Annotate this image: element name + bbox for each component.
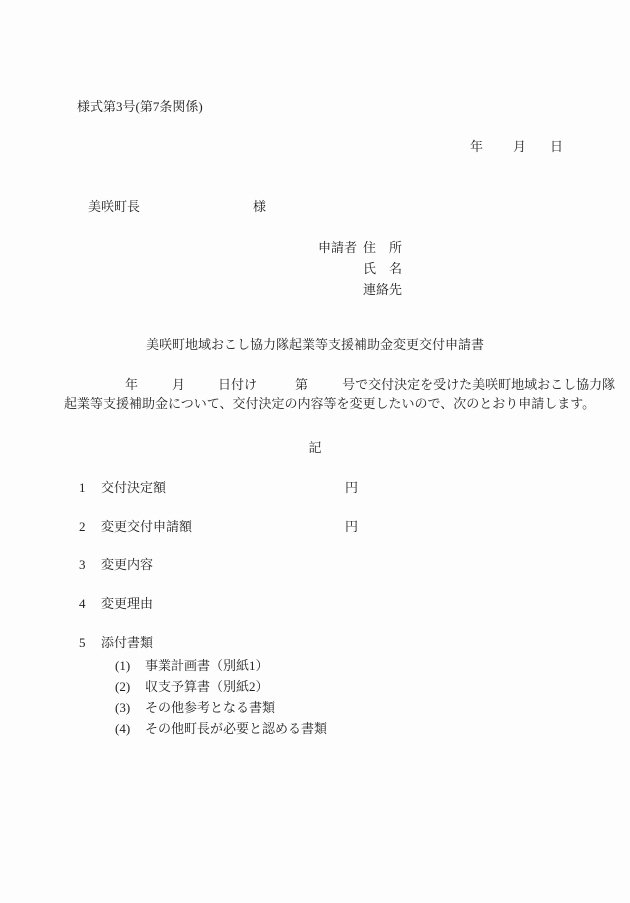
applicant-address-row: 申請者住 所	[318, 237, 402, 258]
item-row-changed-application-amount: 2変更交付申請額円	[79, 516, 192, 535]
date-day-label: 日	[550, 139, 563, 154]
attachment-number: (1)	[115, 658, 145, 674]
record-heading: 記	[0, 437, 630, 456]
attachment-row-mayor-required-documents: (4)その他町長が必要と認める書類	[115, 718, 327, 737]
attachment-row-budget: (2)収支予算書（別紙2）	[115, 676, 269, 695]
item-number: 4	[79, 596, 101, 612]
attachment-label: その他参考となる書類	[145, 700, 275, 715]
applicant-name-label: 氏 名	[363, 261, 402, 276]
attachment-row-business-plan: (1)事業計画書（別紙1）	[115, 655, 269, 674]
item-row-change-details: 3変更内容	[79, 554, 153, 573]
attachment-label: 事業計画書（別紙1）	[145, 658, 269, 673]
attachment-label: その他町長が必要と認める書類	[145, 721, 327, 736]
addressee-line: 美咲町長様	[88, 196, 266, 215]
yen-unit-label: 円	[345, 516, 358, 535]
attachment-row-reference-documents: (3)その他参考となる書類	[115, 697, 275, 716]
body-date-suffix: 日付け	[218, 377, 257, 392]
date-month-label: 月	[513, 139, 526, 154]
attachment-number: (3)	[115, 700, 145, 716]
document-page: 様式第3号(第7条関係) 年月日 美咲町長様 申請者住 所 氏 名 連絡先 美咲…	[0, 0, 630, 903]
body-paragraph-line1: 年月日付け第号で交付決定を受けた美咲町地域おこし協力隊	[125, 374, 615, 393]
item-label: 変更内容	[101, 557, 153, 572]
attachment-number: (2)	[115, 679, 145, 695]
item-row-change-reason: 4変更理由	[79, 593, 153, 612]
addressee-honorific: 様	[253, 199, 266, 214]
item-row-attached-documents: 5添付書類	[79, 632, 153, 651]
applicant-block: 申請者住 所 氏 名 連絡先	[318, 237, 402, 300]
applicant-contact-row: 連絡先	[318, 279, 402, 300]
body-year-blank: 年	[125, 377, 138, 392]
applicant-name-row: 氏 名	[318, 258, 402, 279]
body-month-blank: 月	[172, 377, 185, 392]
attachment-number: (4)	[115, 721, 145, 737]
item-number: 1	[79, 480, 101, 496]
item-row-grant-decision-amount: 1交付決定額円	[79, 477, 166, 496]
applicant-label: 申請者	[318, 237, 363, 258]
date-year-label: 年	[470, 139, 483, 154]
item-number: 3	[79, 557, 101, 573]
item-label: 変更交付申請額	[101, 519, 192, 534]
item-number: 2	[79, 519, 101, 535]
addressee-title: 美咲町長	[88, 199, 140, 214]
applicant-address-label: 住 所	[363, 240, 402, 255]
item-label: 変更理由	[101, 596, 153, 611]
item-label: 交付決定額	[101, 480, 166, 495]
attachment-label: 収支予算書（別紙2）	[145, 679, 269, 694]
body-number-prefix: 第	[295, 377, 308, 392]
body-line1-text: 号で交付決定を受けた美咲町地域おこし協力隊	[342, 377, 615, 392]
body-paragraph-line2: 起業等支援補助金について、交付決定の内容等を変更したいので、次のとおり申請します…	[64, 393, 595, 412]
document-title: 美咲町地域おこし協力隊起業等支援補助金変更交付申請書	[0, 334, 630, 353]
yen-unit-label: 円	[345, 477, 358, 496]
item-label: 添付書類	[101, 635, 153, 650]
applicant-contact-label: 連絡先	[363, 282, 402, 297]
item-number: 5	[79, 635, 101, 651]
form-number: 様式第3号(第7条関係)	[77, 96, 203, 115]
date-line: 年月日	[470, 136, 563, 155]
